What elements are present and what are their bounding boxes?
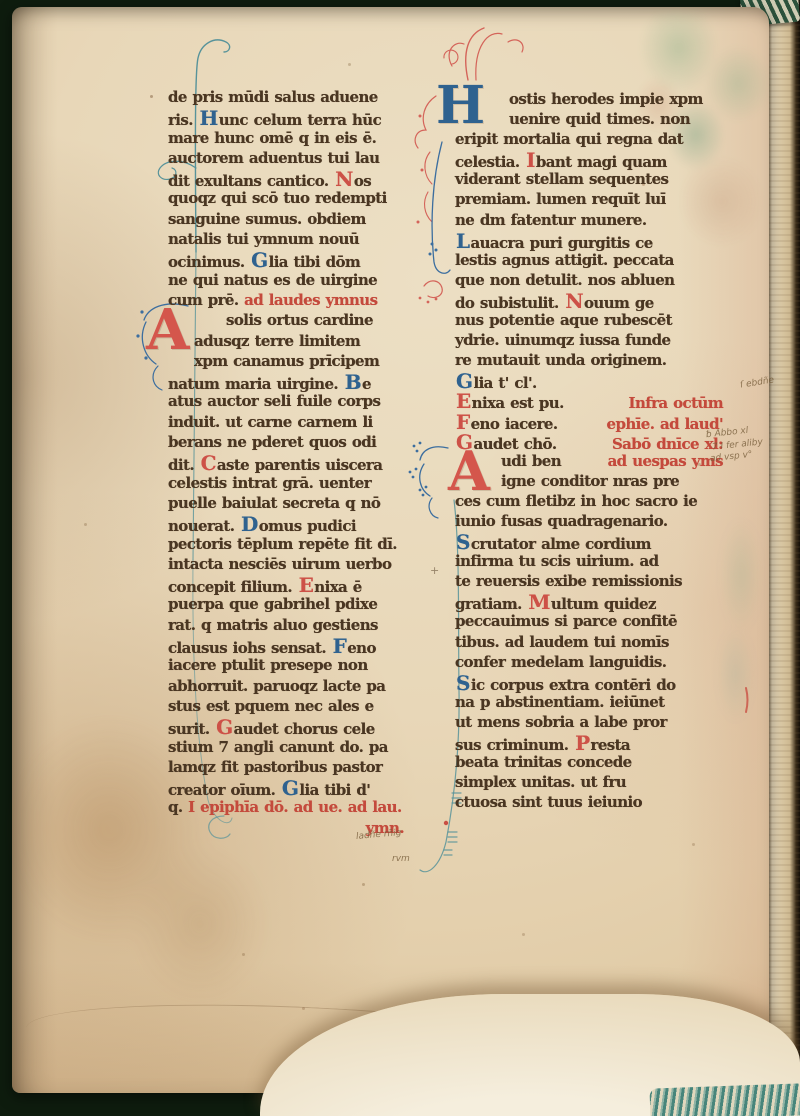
body-text: viderant stellam sequentes [455,170,668,188]
manuscript-text-line: udi ben ad uespas yms [455,452,723,472]
body-text: iacere ptulit presepe non [168,656,368,674]
body-text: gratiam. [455,595,527,613]
body-text: nixa ē [314,578,361,596]
manuscript-text-line: sus criminum. Presta [455,733,723,753]
body-text: ostis herodes impie xpm [509,90,703,108]
body-text: auacra puri gurgitis ce [470,234,652,252]
manuscript-text-line: simplex unitas. ut fru [455,773,723,793]
body-text: crutator alme cordium [471,535,651,553]
manuscript-text-line: ne dm fatentur munere. [455,211,723,231]
manuscript-text-line: dit. Caste parentis uiscera [168,453,434,473]
body-text: lia tibi dōm [269,253,361,271]
book-fore-edge-pages [766,0,800,1116]
manuscript-text-line: dit exultans cantico. Nos [168,169,434,189]
inline-initial-letter: S [455,532,471,552]
body-text: tibus. ad laudem tui nomīs [455,633,669,651]
manuscript-text-line: concepit filium. Enixa ē [168,575,434,595]
manuscript-text-line: que non detulit. nos abluen [455,271,723,291]
body-text: beata trinitas concede [455,753,632,771]
manuscript-text-line: Sic corpus extra contēri do [455,673,723,693]
body-text: abhorruit. paruoqz lacte pa [168,677,385,695]
manuscript-photo: { "manuscript": { "columns": [ { "side":… [0,0,800,1116]
manuscript-text-line: Gaudet chō. Sabō dnīce xl: [455,432,723,452]
inline-initial-letter: G [215,717,233,737]
body-text: celestis intrat grā. uenter [168,474,371,492]
body-text: natalis tui ymnum nouū [168,230,359,248]
body-text: iunio fusas quadragenario. [455,512,667,530]
manuscript-text-line: ydrie. uinumqz iussa funde [455,331,723,351]
manuscript-text-line: uenire quid times. non [455,110,723,130]
body-text: clausus iohs sensat. [168,639,332,657]
manuscript-text-line: beata trinitas concede [455,753,723,773]
manuscript-text-line: eripit mortalia qui regna dat [455,130,723,150]
body-text: ut mens sobria a labe pror [455,713,667,731]
body-text: stium 7 angli canunt do. pa [168,738,388,756]
inline-initial-letter: G [455,371,473,391]
manuscript-text-line: nus potentie aque rubescēt [455,311,723,331]
body-text: lia t' cl'. [473,374,536,392]
body-text: ne qui natus es de uirgine [168,271,377,289]
body-text: que non detulit. nos abluen [455,271,674,289]
body-text: uenire quid times. non [509,110,690,128]
rubric-text: I epiphīa dō. ad ue. ad lau. [188,798,401,816]
body-text: na p abstinentiam. ieiūnet [455,693,664,711]
body-text: ris. [168,111,199,129]
body-text: re mutauit unda originem. [455,351,666,369]
manuscript-text-line: celestis intrat grā. uenter [168,474,434,494]
manuscript-text-line: premiam. lumen requīt luī [455,190,723,210]
inline-initial-letter: D [240,514,259,534]
body-text: nixa est pu. [472,394,570,412]
body-text: adusqz terre limitem [194,332,360,350]
body-text: premiam. lumen requīt luī [455,190,666,208]
manuscript-text-line: adusqz terre limitem [168,332,434,352]
body-text: ouum ge [584,294,654,312]
body-text: e [362,375,371,393]
body-text: bant magi quam [536,153,667,171]
body-text: rat. q matris aluo gestiens [168,616,378,634]
manuscript-text-line: nouerat. Domus pudici [168,514,434,534]
manuscript-text-line: lamqz fit pastoribus pastor [168,758,434,778]
manuscript-text-line: puerpa que gabrihel pdixe [168,595,434,615]
inline-initial-letter: L [455,231,470,251]
manuscript-text-line: mare hunc omē q in eis ē. [168,129,434,149]
body-text: natum maria uirgine. [168,375,344,393]
body-text: do subistulit. [455,294,564,312]
manuscript-text-line: stium 7 angli canunt do. pa [168,738,434,758]
inline-initial-letter: C [200,453,217,473]
body-text: eno [347,639,376,657]
inline-initial-letter: H [199,108,219,128]
body-text: peccauimus si parce confitē [455,612,677,630]
inline-initial-letter: F [332,636,348,656]
body-text: omus pudici [259,517,356,535]
text-column-left: de pris mūdi salus adueneris. Hunc celum… [168,88,434,839]
manuscript-text-line: Lauacra puri gurgitis ce [455,231,723,251]
manuscript-text-line: Scrutator alme cordium [455,532,723,552]
manuscript-text-line: igne conditor nras pre [455,472,723,492]
body-text: eripit mortalia qui regna dat [455,130,683,148]
manuscript-text-line: peccauimus si parce confitē [455,612,723,632]
body-text: ctuosa sint tuus ieiunio [455,793,642,811]
inline-initial-letter: E [455,391,472,411]
body-text: surit. [168,720,215,738]
rubric-text: ad laudes ymnus [244,291,377,309]
body-text: dit. [168,456,200,474]
manuscript-text-line: gratiam. Multum quidez [455,592,723,612]
marginal-cross-mark: + [430,564,439,577]
rubric-text: ad uespas yms [608,452,723,470]
body-text: ydrie. uinumqz iussa funde [455,331,670,349]
inline-initial-letter: G [281,778,299,798]
manuscript-text-line: natalis tui ymnum nouū [168,230,434,250]
body-text: confer medelam languidis. [455,653,666,671]
manuscript-text-line: induit. ut carne carnem li [168,413,434,433]
body-text: igne conditor nras pre [501,472,679,490]
manuscript-text-line: lestis agnus attigit. peccata [455,251,723,271]
body-text: puelle baiulat secreta q nō [168,494,380,512]
manuscript-text-line: celestia. Ibant magi quam [455,150,723,170]
body-text: berans ne pderet quos odi [168,433,376,451]
body-text: sus criminum. [455,736,574,754]
body-text: stus est pquem nec ales e [168,697,374,715]
manuscript-text-line: surit. Gaudet chorus cele [168,717,434,737]
body-text: ces cum fletibz in hoc sacro ie [455,492,697,510]
manuscript-text-line: natum maria uirgine. Be [168,372,434,392]
manuscript-text-line: ocinimus. Glia tibi dōm [168,250,434,270]
manuscript-text-line: pectoris tēplum repēte fit dī. [168,535,434,555]
inline-initial-letter: S [455,673,471,693]
text-column-right: ostis herodes impie xpmuenire quid times… [455,90,723,813]
manuscript-text-line: confer medelam languidis. [455,653,723,673]
body-text: xpm canamus prīcipem [194,352,379,370]
body-text: udi ben [501,452,567,470]
inline-initial-letter: I [525,150,536,170]
illuminated-initial-audi: A [448,444,490,498]
body-text: solis ortus cardine [226,311,373,329]
body-text: mare hunc omē q in eis ē. [168,129,376,147]
manuscript-text-line: berans ne pderet quos odi [168,433,434,453]
manuscript-text-line: abhorruit. paruoqz lacte pa [168,677,434,697]
manuscript-text-line: ostis herodes impie xpm [455,90,723,110]
rubric-text: Infra octūm [629,394,723,412]
body-text: atus auctor seli fuile corps [168,392,380,410]
body-text: te reuersis exibe remissionis [455,572,682,590]
body-text: resta [591,736,631,754]
body-text: q. [168,798,188,816]
body-text: lia tibi d' [299,781,370,799]
inline-initial-letter: F [455,412,471,432]
body-text: ic corpus extra contēri do [471,676,676,694]
manuscript-text-line: cum prē. ad laudes ymnus [168,291,434,311]
inline-initial-letter: G [250,250,268,270]
manuscript-text-line: infirma tu scis uirium. ad [455,552,723,572]
manuscript-text-line: de pris mūdi salus aduene [168,88,434,108]
manuscript-text-line: ctuosa sint tuus ieiunio [455,793,723,813]
inline-initial-letter: M [527,592,551,612]
manuscript-text-line: auctorem aduentus tui lau [168,149,434,169]
body-text: de pris mūdi salus aduene [168,88,378,106]
manuscript-text-line: ris. Hunc celum terra hūc [168,108,434,128]
manuscript-text-line: tibus. ad laudem tui nomīs [455,633,723,653]
manuscript-text-line: na p abstinentiam. ieiūnet [455,693,723,713]
manuscript-text-line: atus auctor seli fuile corps [168,392,434,412]
deckled-page-edge [649,1083,800,1116]
manuscript-text-line: intacta nesciēs uirum uerbo [168,555,434,575]
body-text: simplex unitas. ut fru [455,773,626,791]
inline-initial-letter: B [344,372,362,392]
manuscript-text-line: solis ortus cardine [168,311,434,331]
body-text: nouerat. [168,517,240,535]
illuminated-initial-a-solis: A [146,302,189,358]
body-text: eno iacere. [471,415,563,433]
manuscript-text-line: stus est pquem nec ales e [168,697,434,717]
manuscript-text-line: te reuersis exibe remissionis [455,572,723,592]
manuscript-text-line: Enixa est pu. Infra octūm [455,391,723,411]
body-text: ne dm fatentur munere. [455,211,646,229]
body-text: unc celum terra hūc [219,111,381,129]
body-text: ocinimus. [168,253,250,271]
body-text: dit exultans cantico. [168,172,334,190]
manuscript-text-line: iunio fusas quadragenario. [455,512,723,532]
manuscript-text-line: ne qui natus es de uirgine [168,271,434,291]
body-text: concepit filium. [168,578,298,596]
manuscript-text-line: q. I epiphīa dō. ad ue. ad lau. [168,798,434,818]
body-text: creator oīum. [168,781,281,799]
manuscript-text-line: creator oīum. Glia tibi d' [168,778,434,798]
inline-initial-letter: P [574,733,590,753]
marginal-note: rvm [392,854,410,864]
body-text: sanguine sumus. obdiem [168,210,366,228]
body-text: lamqz fit pastoribus pastor [168,758,382,776]
manuscript-text-line: do subistulit. Nouum ge [455,291,723,311]
body-text: induit. ut carne carnem li [168,413,373,431]
body-text: lestis agnus attigit. peccata [455,251,674,269]
manuscript-text-line: re mutauit unda originem. [455,351,723,371]
manuscript-text-line: viderant stellam sequentes [455,170,723,190]
manuscript-text-line: rat. q matris aluo gestiens [168,616,434,636]
body-text: infirma tu scis uirium. ad [455,552,659,570]
illuminated-initial-hostis: H [436,80,485,132]
manuscript-text-line: puelle baiulat secreta q nō [168,494,434,514]
body-text: intacta nesciēs uirum uerbo [168,555,391,573]
body-text: quoqz qui scō tuo redempti [168,189,387,207]
manuscript-text-line: quoqz qui scō tuo redempti [168,189,434,209]
body-text: audet chorus cele [234,720,375,738]
manuscript-text-line: ut mens sobria a labe pror [455,713,723,733]
manuscript-text-line: clausus iohs sensat. Feno [168,636,434,656]
manuscript-text-line: sanguine sumus. obdiem [168,210,434,230]
manuscript-text-line: Feno iacere. ephīe. ad laud' [455,412,723,432]
body-text: celestia. [455,153,525,171]
manuscript-text-line: xpm canamus prīcipem [168,352,434,372]
body-text: puerpa que gabrihel pdixe [168,595,377,613]
body-text: nus potentie aque rubescēt [455,311,672,329]
body-text: pectoris tēplum repēte fit dī. [168,535,397,553]
inline-initial-letter: E [298,575,315,595]
inline-initial-letter: N [564,291,584,311]
body-text: ultum quidez [551,595,656,613]
manuscript-text-line: Glia t' cl'. [455,371,723,391]
body-text: os [354,172,371,190]
body-text: aste parentis uiscera [217,456,382,474]
manuscript-text-line: iacere ptulit presepe non [168,656,434,676]
manuscript-text-line: ces cum fletibz in hoc sacro ie [455,492,723,512]
inline-initial-letter: N [334,169,354,189]
body-text: auctorem aduentus tui lau [168,149,379,167]
